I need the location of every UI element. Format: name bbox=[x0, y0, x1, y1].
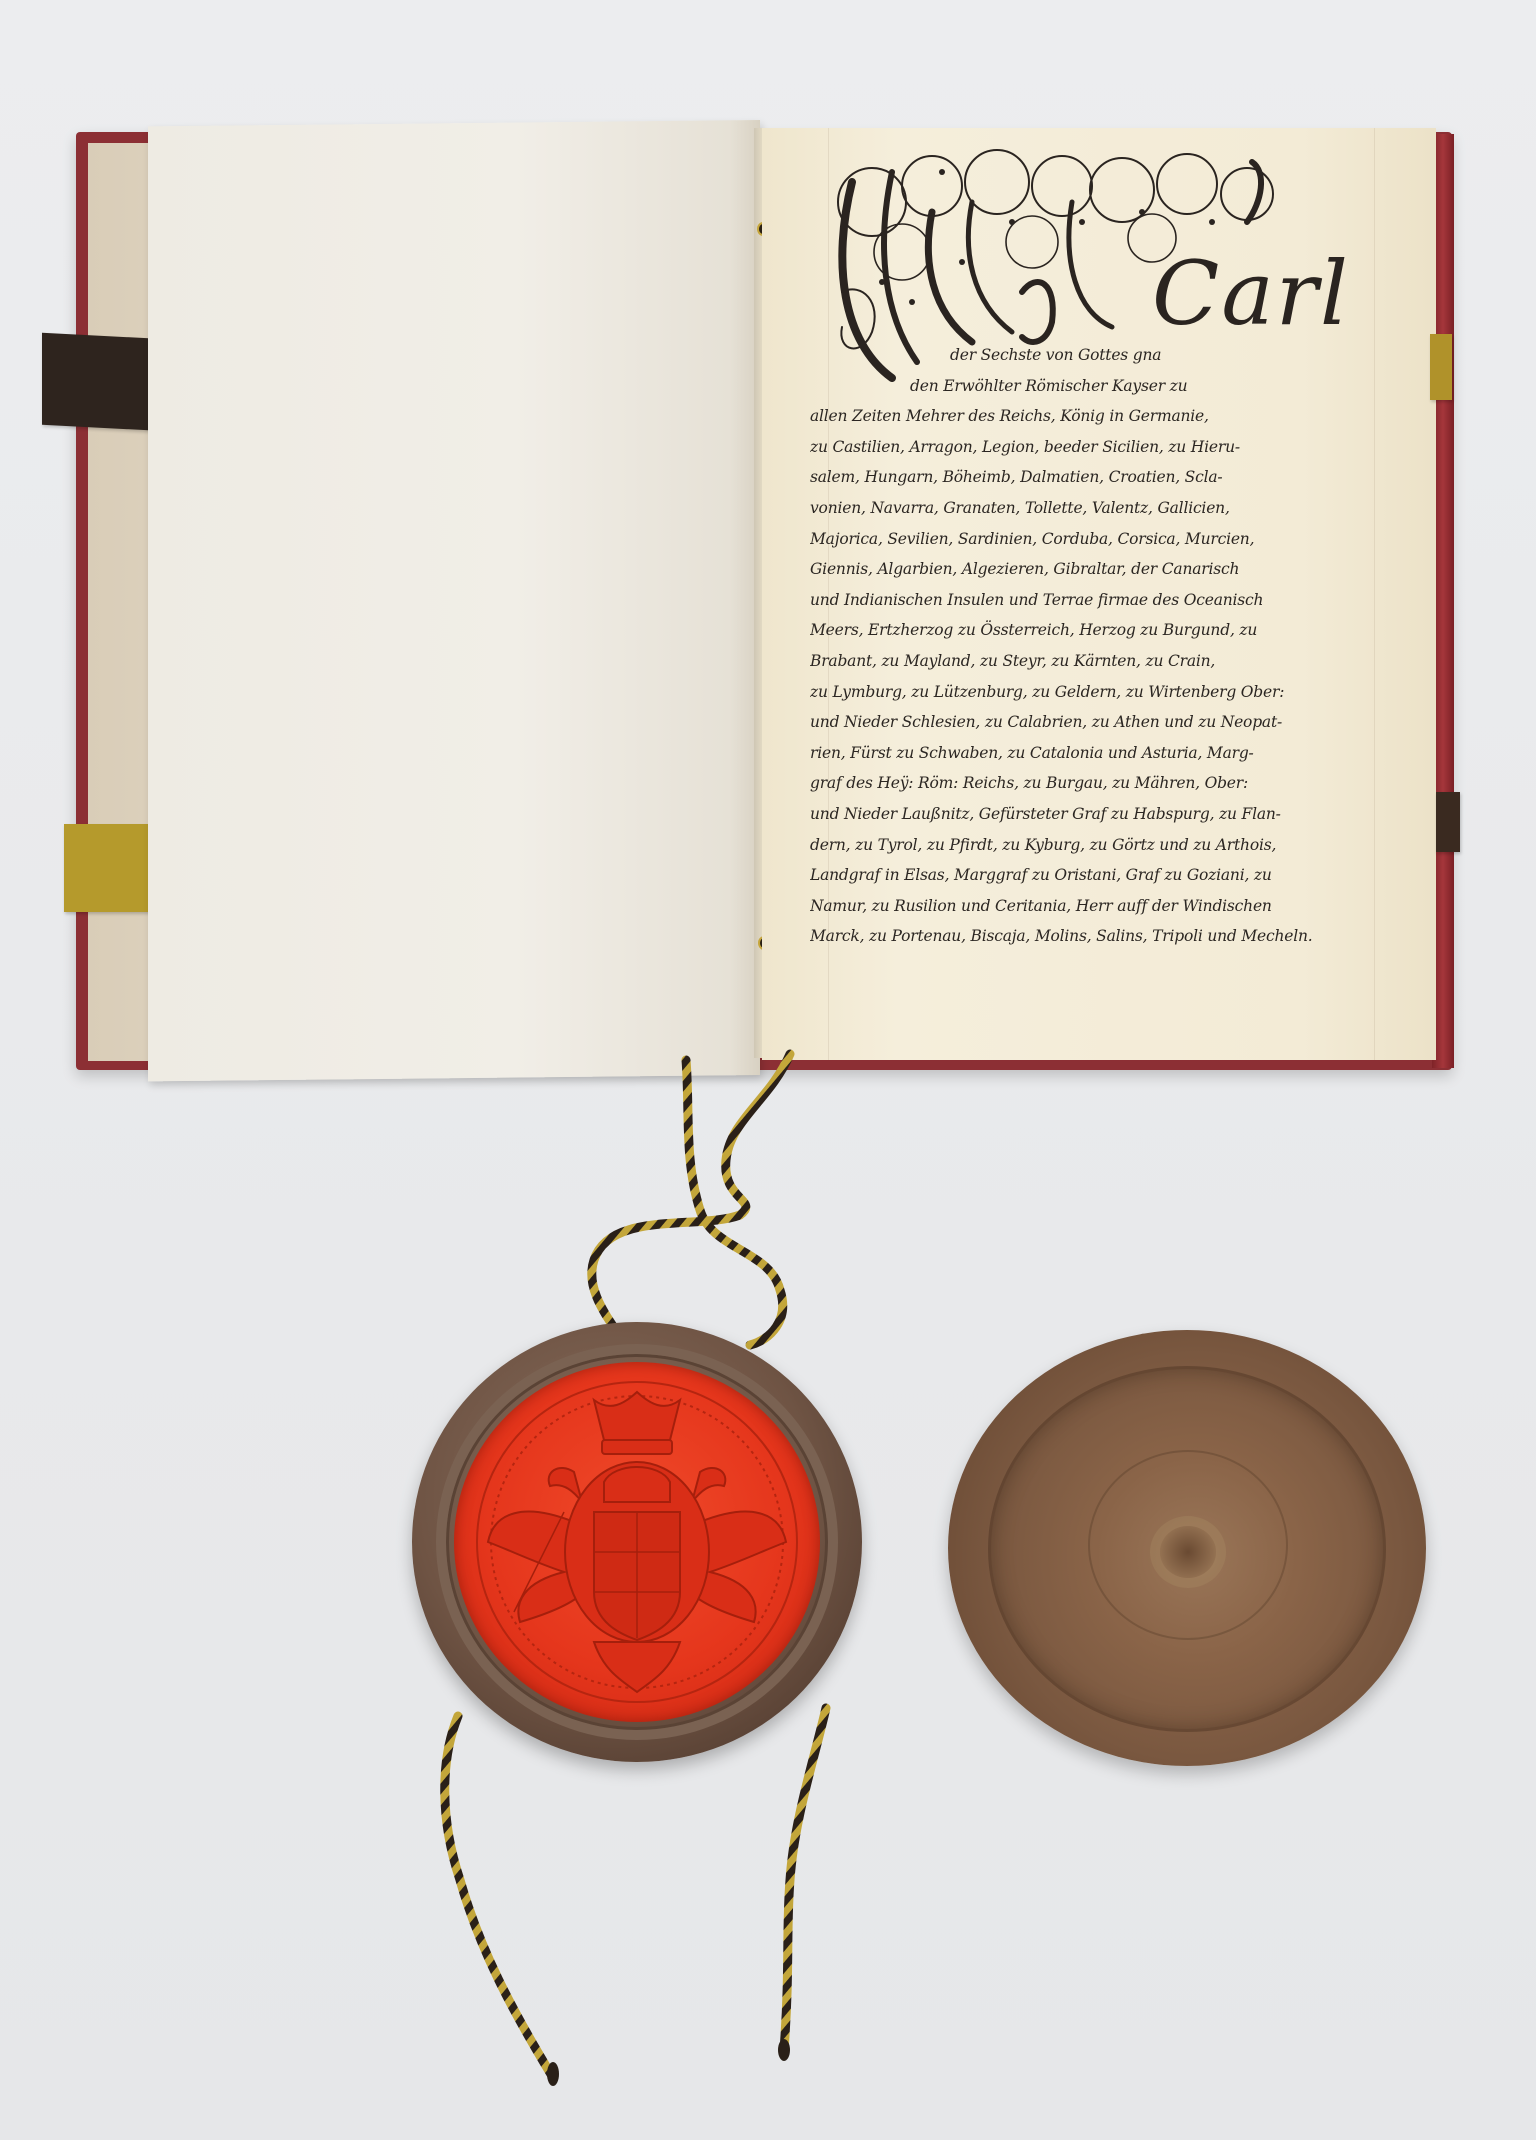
text-line: salem, Hungarn, Böheimb, Dalmatien, Croa… bbox=[810, 462, 1390, 493]
text-line: den Erwöhlter Römischer Kayser zu bbox=[810, 371, 1390, 402]
text-line: Namur, zu Rusilion und Ceritania, Herr a… bbox=[810, 891, 1390, 922]
right-page-manuscript: Carl der Sechste von Gottes gna den Erwö… bbox=[762, 128, 1436, 1060]
heading-name: Carl bbox=[1152, 250, 1350, 338]
text-line: zu Castilien, Arragon, Legion, beeder Si… bbox=[810, 432, 1390, 463]
text-line: vonien, Navarra, Granaten, Tollette, Val… bbox=[810, 493, 1390, 524]
text-line: und Indianischen Insulen und Terrae firm… bbox=[810, 585, 1390, 616]
text-line: Landgraf in Elsas, Marggraf zu Oristani,… bbox=[810, 860, 1390, 891]
capsule-lid bbox=[948, 1330, 1426, 1766]
text-line: zu Lymburg, zu Lützenburg, zu Geldern, z… bbox=[810, 677, 1390, 708]
text-line: und Nieder Schlesien, zu Calabrien, zu A… bbox=[810, 707, 1390, 738]
text-line: graf des Heÿ: Röm: Reichs, zu Burgau, zu… bbox=[810, 768, 1390, 799]
text-line: Brabant, zu Mayland, zu Steyr, zu Kärnte… bbox=[810, 646, 1390, 677]
text-line: rien, Fürst zu Schwaben, zu Catalonia un… bbox=[810, 738, 1390, 769]
text-line: und Nieder Laußnitz, Gefürsteter Graf zu… bbox=[810, 799, 1390, 830]
lid-center-knot bbox=[1160, 1526, 1216, 1578]
wax-seal bbox=[454, 1362, 820, 1722]
text-line: Meers, Ertzherzog zu Össterreich, Herzog… bbox=[810, 615, 1390, 646]
text-line: dern, zu Tyrol, zu Pfirdt, zu Kyburg, zu… bbox=[810, 830, 1390, 861]
double-headed-eagle-icon bbox=[454, 1362, 820, 1722]
text-line: Marck, zu Portenau, Biscaja, Molins, Sal… bbox=[810, 921, 1390, 952]
ribbon-yellow-right bbox=[1430, 334, 1452, 400]
text-line: Majorica, Sevilien, Sardinien, Corduba, … bbox=[810, 524, 1390, 555]
text-line: allen Zeiten Mehrer des Reichs, König in… bbox=[810, 401, 1390, 432]
ribbon-dark-right bbox=[1436, 792, 1460, 852]
text-line: der Sechste von Gottes gna bbox=[810, 340, 1390, 371]
manuscript-body: der Sechste von Gottes gna den Erwöhlter… bbox=[810, 340, 1390, 952]
text-line: Giennis, Algarbien, Algezieren, Gibralta… bbox=[810, 554, 1390, 585]
left-page-blank bbox=[148, 120, 760, 1081]
seal-capsule bbox=[412, 1322, 862, 1762]
